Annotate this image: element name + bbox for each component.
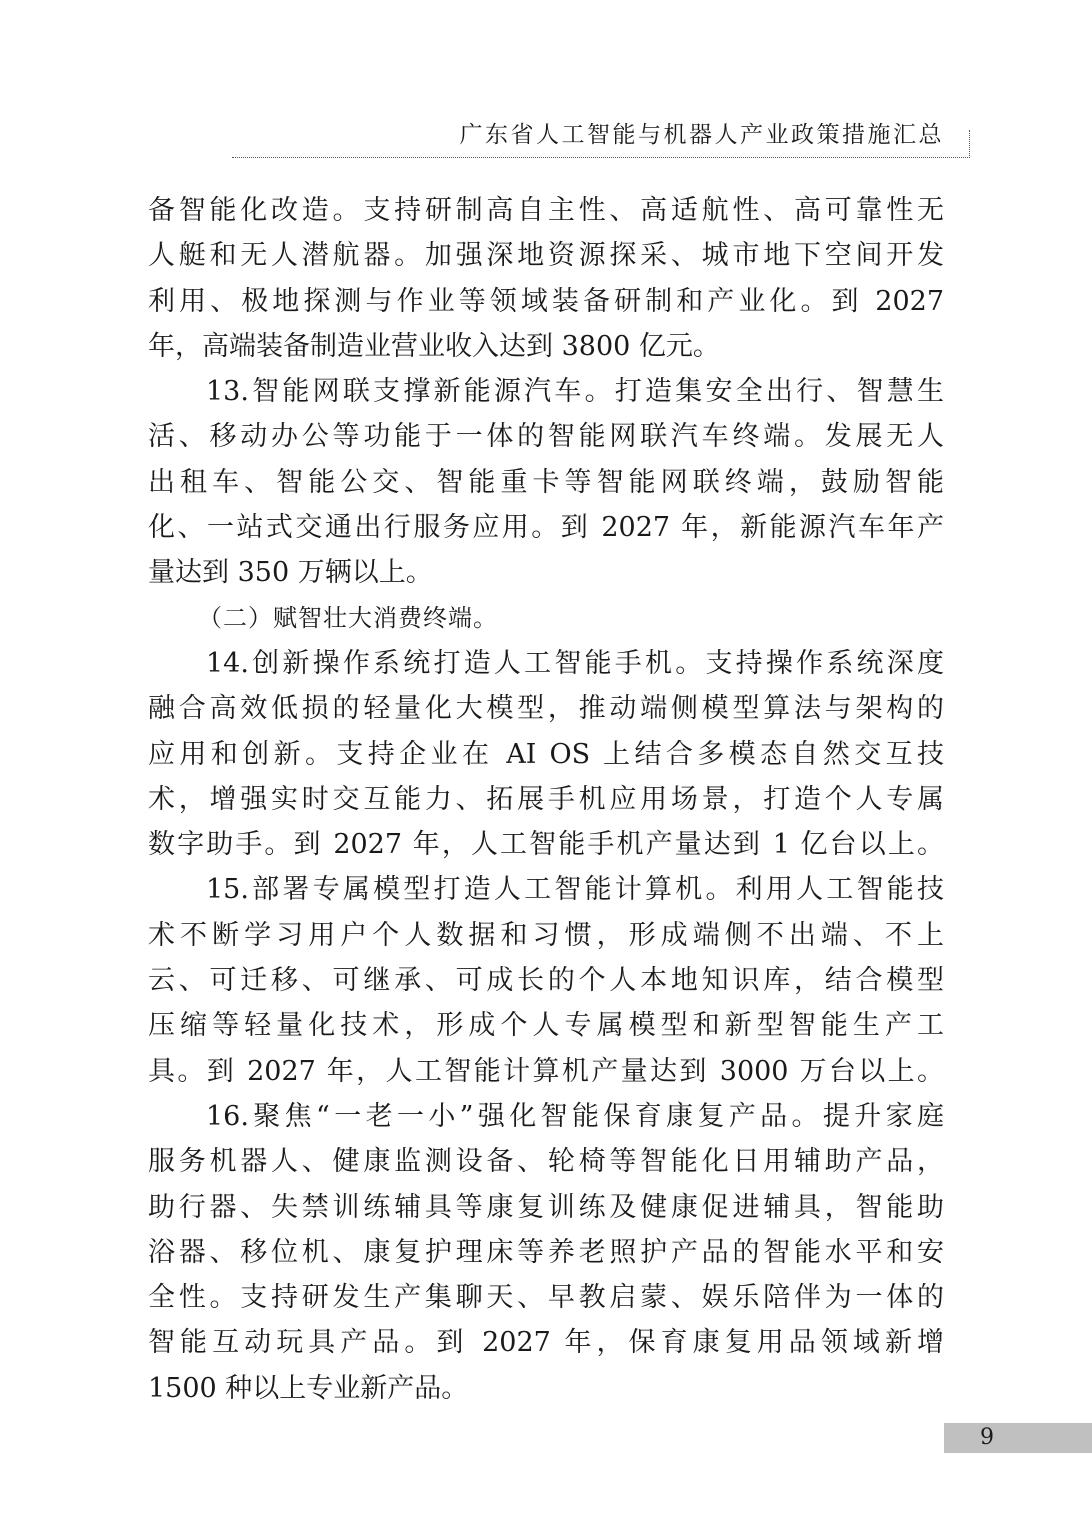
text-line: 助行器、失禁训练辅具等康复训练及健康促进辅具，智能助 [148,1185,944,1230]
text-line: 压缩等轻量化技术，形成个人专属模型和新型智能生产工 [148,1003,944,1048]
paragraph-item-14: 14.创新操作系统打造人工智能手机。支持操作系统深度 融合高效低损的轻量化大模型… [148,641,944,867]
page-body: 备智能化改造。支持研制高自主性、高适航性、高可靠性无 人艇和无人潜航器。加强深地… [148,188,944,1411]
text-line: 利用、极地探测与作业等领域装备研制和产业化。到 2027 [148,279,944,324]
header-dotted-tick [969,130,970,158]
header-dotted-rule [232,157,970,158]
text-line: 全性。支持研发生产集聊天、早教启蒙、娱乐陪伴为一体的 [148,1275,944,1320]
text-line: 备智能化改造。支持研制高自主性、高适航性、高可靠性无 [148,188,944,233]
text-line: 16.聚焦“一老一小”强化智能保育康复产品。提升家庭 [148,1094,944,1139]
paragraph-continued: 备智能化改造。支持研制高自主性、高适航性、高可靠性无 人艇和无人潜航器。加强深地… [148,188,944,369]
text-line: 云、可迁移、可继承、可成长的个人本地知识库，结合模型 [148,958,944,1003]
paragraph-item-16: 16.聚焦“一老一小”强化智能保育康复产品。提升家庭 服务机器人、健康监测设备、… [148,1094,944,1411]
page-number-box: 9 [944,1423,1092,1453]
section-heading-text: （二）赋智壮大消费终端。 [148,596,944,641]
text-line: 活、移动办公等功能于一体的智能网联汽车终端。发展无人 [148,414,944,459]
running-header: 广东省人工智能与机器人产业政策措施汇总 [232,112,970,158]
text-line: 术不断学习用户个人数据和习惯，形成端侧不出端、不上 [148,913,944,958]
paragraph-item-13: 13.智能网联支撑新能源汽车。打造集安全出行、智慧生 活、移动办公等功能于一体的… [148,369,944,595]
text-line: 13.智能网联支撑新能源汽车。打造集安全出行、智慧生 [148,369,944,414]
text-line: 智能互动玩具产品。到 2027 年，保育康复用品领域新增 [148,1320,944,1365]
text-line: 浴器、移位机、康复护理床等养老照护产品的智能水平和安 [148,1230,944,1275]
text-line: 人艇和无人潜航器。加强深地资源探采、城市地下空间开发 [148,233,944,278]
text-line: 化、一站式交通出行服务应用。到 2027 年，新能源汽车年产 [148,505,944,550]
running-header-title: 广东省人工智能与机器人产业政策措施汇总 [460,116,945,149]
text-line: 融合高效低损的轻量化大模型，推动端侧模型算法与架构的 [148,686,944,731]
paragraph-item-15: 15.部署专属模型打造人工智能计算机。利用人工智能技 术不断学习用户个人数据和习… [148,867,944,1093]
text-line: 服务机器人、健康监测设备、轮椅等智能化日用辅助产品， [148,1139,944,1184]
text-line: 出租车、智能公交、智能重卡等智能网联终端，鼓励智能 [148,460,944,505]
page-number: 9 [980,1425,994,1451]
text-line: 具。到 2027 年，人工智能计算机产量达到 3000 万台以上。 [148,1049,944,1094]
text-line: 14.创新操作系统打造人工智能手机。支持操作系统深度 [148,641,944,686]
text-line: 量达到 350 万辆以上。 [148,550,944,595]
text-line: 1500 种以上专业新产品。 [148,1366,944,1411]
text-line: 术，增强实时交互能力、拓展手机应用场景，打造个人专属 [148,777,944,822]
section-heading-2: （二）赋智壮大消费终端。 [148,596,944,641]
text-line: 15.部署专属模型打造人工智能计算机。利用人工智能技 [148,867,944,912]
text-line: 数字助手。到 2027 年，人工智能手机产量达到 1 亿台以上。 [148,822,944,867]
text-line: 年，高端装备制造业营业收入达到 3800 亿元。 [148,324,944,369]
text-line: 应用和创新。支持企业在 AI OS 上结合多模态自然交互技 [148,732,944,777]
